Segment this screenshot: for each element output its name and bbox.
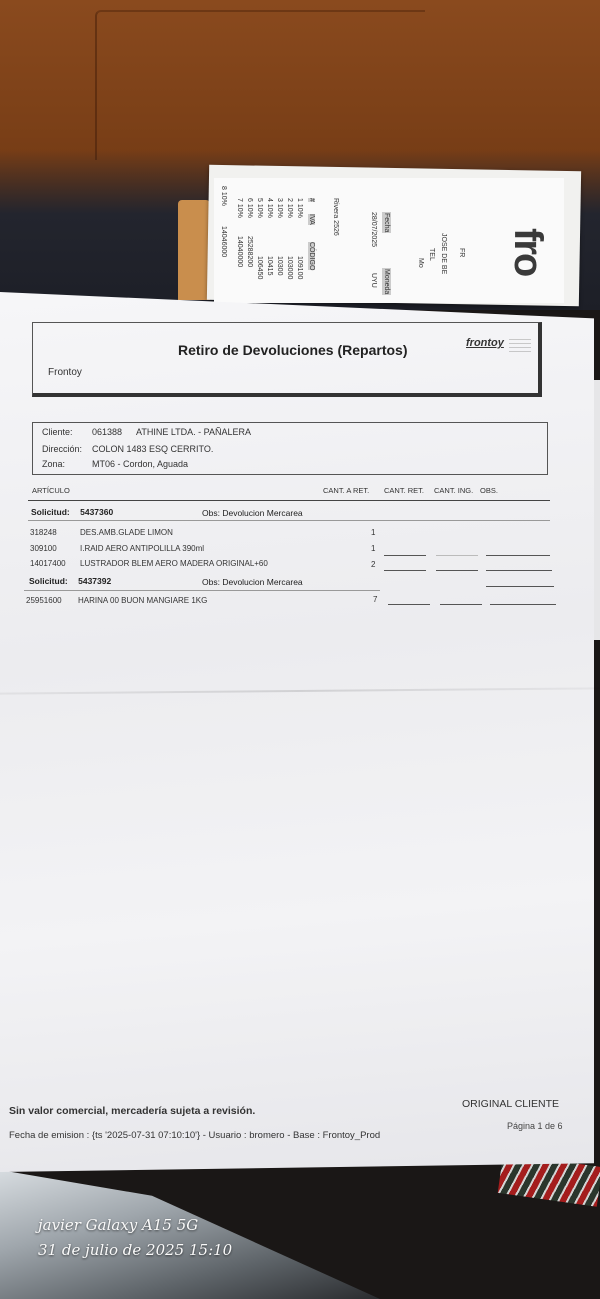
cliente-code: 061388 (92, 427, 136, 437)
item-cant-a-ret: 7 (373, 595, 377, 604)
col-header-cant-ret: CANT. RET. (384, 486, 424, 495)
item-code: 309100 (30, 544, 57, 553)
obs-blank (490, 604, 556, 605)
receipt-row: 7 10% (236, 198, 243, 218)
copy-label: ORIGINAL CLIENTE (462, 1098, 559, 1110)
receipt-code: 103000 (286, 256, 293, 279)
solicitud-obs: Obs: Devolucion Mercarea (202, 577, 303, 587)
receipt-moneda: UYU (370, 273, 377, 288)
cliente-label: Cliente: (42, 427, 92, 437)
header-divider (28, 500, 550, 501)
obs-blank (486, 555, 550, 556)
emission-info: Fecha de emision : {ts '2025-07-31 07:10… (9, 1130, 380, 1141)
zona-label: Zona: (42, 459, 92, 469)
receipt-logo: fro (505, 228, 550, 275)
receipt-row: 2 10% (286, 198, 293, 218)
watermark-device: javier Galaxy A15 5G (38, 1216, 198, 1234)
item-cant-a-ret: 2 (371, 560, 375, 569)
document-title: Retiro de Devoluciones (Repartos) (178, 342, 408, 358)
client-row: Cliente: 061388 ATHINE LTDA. - PAÑALERA (42, 427, 251, 437)
solicitud-row: Solicitud: 5437360 (31, 507, 113, 517)
solicitud-obs: Obs: Devolucion Mercarea (202, 508, 303, 518)
solicitud-label: Solicitud: (31, 507, 70, 517)
solicitud-label: Solicitud: (29, 576, 68, 586)
wooden-clipboard (178, 200, 210, 300)
receipt-row: 3 10% (276, 198, 283, 218)
receipt-row: 6 10% (246, 198, 253, 218)
watermark-datetime: 31 de julio de 2025 15:10 (38, 1241, 232, 1259)
direccion-row: Dirección: COLON 1483 ESQ CERRITO. (42, 444, 213, 454)
obs-label: Obs: (202, 577, 220, 587)
cant-ing-blank (440, 604, 482, 605)
receipt-row: 4 10% (266, 198, 273, 218)
zona-value: MT06 - Cordon, Aguada (92, 459, 188, 469)
cant-ret-blank (384, 555, 426, 556)
item-description: DES.AMB.GLADE LIMON (80, 528, 173, 537)
col-header-obs: OBS. (480, 486, 498, 495)
receipt-header-line: JOSE DE BE (440, 233, 447, 274)
document-header-box (32, 322, 542, 397)
page-number: Página 1 de 6 (507, 1121, 563, 1131)
frontoy-logo: frontoy (466, 337, 504, 349)
col-header-cant-a-ret: CANT. A RET. (323, 486, 369, 495)
direccion-label: Dirección: (42, 444, 92, 454)
receipt-col-num: # (308, 198, 315, 202)
receipt-code: 10415 (266, 256, 273, 275)
receipt-code: 10300 (276, 256, 283, 275)
receipt-row: 8 10% (220, 186, 227, 206)
jacket-pocket-seam (95, 10, 425, 160)
solicitud-divider (28, 520, 550, 521)
obs-value: Devolucion Mercarea (222, 508, 302, 518)
obs-label: Obs: (202, 508, 220, 518)
cant-ret-blank (388, 604, 430, 605)
solicitud-row: Solicitud: 5437392 (29, 576, 111, 586)
cliente-name: ATHINE LTDA. - PAÑALERA (136, 427, 251, 437)
receipt-header-line: TEL (428, 248, 435, 261)
receipt-row: 1 10% (296, 198, 303, 218)
cant-ret-blank (384, 570, 426, 571)
logo-tagline (509, 339, 531, 353)
receipt-col-codigo: CÓDIGO (308, 242, 315, 270)
receipt-col-iva: IVA (308, 214, 315, 225)
disclaimer-text: Sin valor comercial, mercadería sujeta a… (9, 1105, 255, 1117)
notebook-pages (0, 1170, 380, 1299)
item-cant-a-ret: 1 (371, 528, 375, 537)
item-code: 25951600 (26, 596, 62, 605)
zona-row: Zona: MT06 - Cordon, Aguada (42, 459, 188, 469)
receipt-code: 109100 (296, 256, 303, 279)
item-cant-a-ret: 1 (371, 544, 375, 553)
receipt-header-line: FR (458, 248, 465, 257)
receipt-fecha: 28/07/2025 (370, 212, 377, 247)
receipt-code: 25288200 (246, 236, 253, 267)
item-description: HARINA 00 BUON MANGIARE 1KG (78, 596, 207, 605)
receipt-row: 5 10% (256, 198, 263, 218)
item-description: I.RAID AERO ANTIPOLILLA 390ml (80, 544, 204, 553)
item-code: 318248 (30, 528, 57, 537)
solicitud-number: 5437392 (78, 576, 111, 586)
receipt-header-line: Mo (417, 258, 424, 268)
receipt-address: Rivera 2526 (332, 198, 339, 236)
receipt-fecha-label: Fecha (382, 212, 391, 233)
col-header-cant-ing: CANT. ING. (434, 486, 473, 495)
cant-ing-blank (436, 555, 478, 556)
receipt-code: 106450 (256, 256, 263, 279)
obs-blank (486, 586, 554, 587)
receipt-code: 14040000 (236, 236, 243, 267)
solicitud-number: 5437360 (80, 507, 113, 517)
receipt-moneda-label: Moneda (382, 268, 391, 295)
item-code: 14017400 (30, 559, 66, 568)
company-name: Frontoy (48, 367, 82, 378)
obs-value: Devolucion Mercarea (222, 577, 302, 587)
item-description: LUSTRADOR BLEM AERO MADERA ORIGINAL+60 (80, 559, 268, 568)
receipt-code: 14046000 (220, 226, 227, 257)
obs-blank (486, 570, 552, 571)
cant-ing-blank (436, 570, 478, 571)
col-header-articulo: ARTÍCULO (32, 486, 70, 495)
direccion-value: COLON 1483 ESQ CERRITO. (92, 444, 213, 454)
solicitud-divider (24, 590, 380, 591)
